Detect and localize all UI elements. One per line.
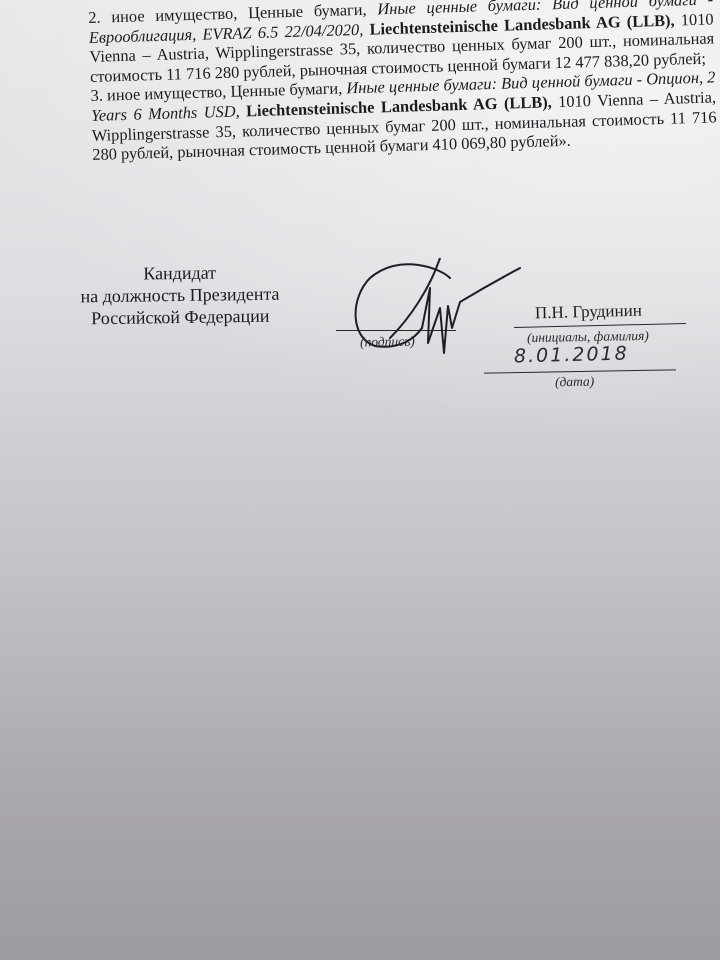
signature-icon bbox=[330, 258, 530, 368]
candidate-line: Российской Федерации bbox=[50, 304, 310, 330]
name-line bbox=[514, 323, 686, 328]
date-caption: (дата) bbox=[555, 374, 595, 391]
candidate-line: на должность Президента bbox=[50, 282, 310, 308]
item-number: 3. bbox=[90, 86, 103, 105]
document-body: 2. иное имущество, Ценные бумаги, Иные ц… bbox=[88, 0, 717, 165]
item-number: 2. bbox=[88, 8, 101, 27]
candidate-title: Кандидат на должность Президента Российс… bbox=[50, 260, 311, 330]
handwritten-date: 8.01.2018 bbox=[514, 343, 629, 368]
signer-name: П.Н. Грудинин bbox=[535, 301, 642, 324]
